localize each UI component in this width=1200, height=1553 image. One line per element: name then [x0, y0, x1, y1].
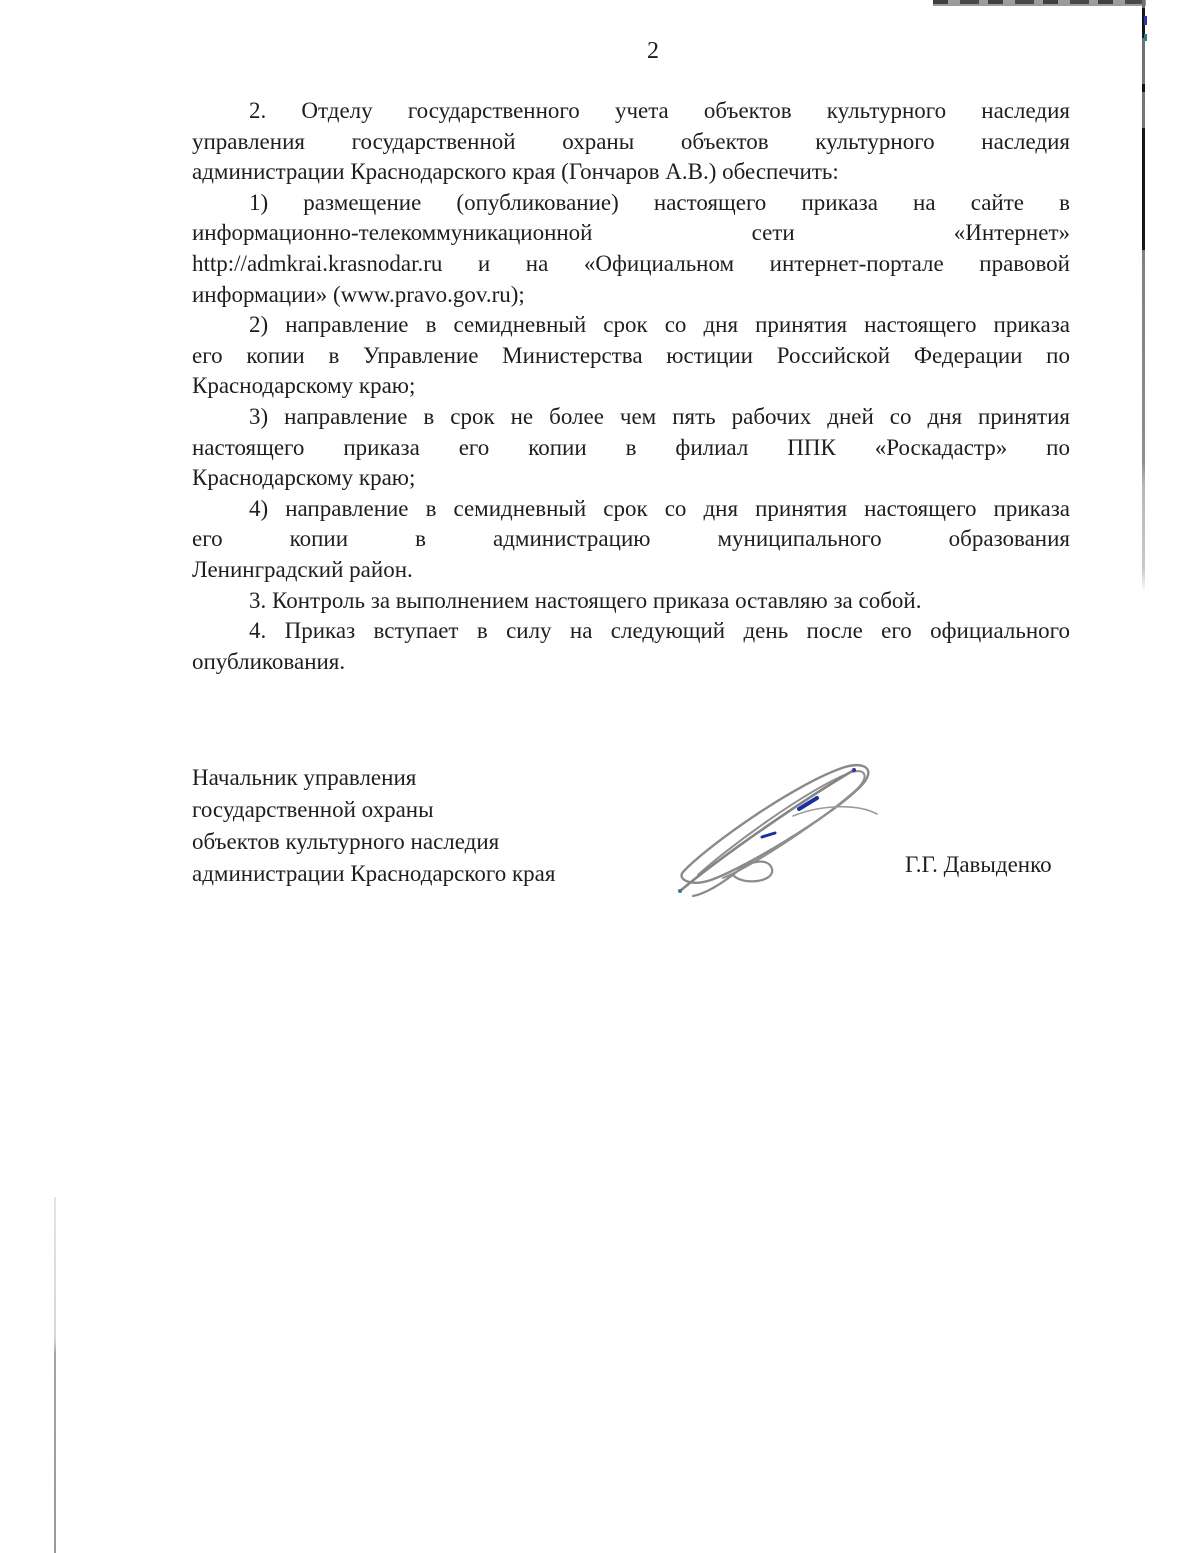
text-line: 3. Контроль за выполнением настоящего пр…	[192, 586, 1070, 617]
text-line: 3) направление в срок не более чем пять …	[192, 402, 1070, 433]
text-line: администрации Краснодарского края (Гонча…	[192, 157, 1070, 188]
paragraph: 4) направление в семидневный срок со дня…	[192, 494, 1070, 586]
text-line: его копии в Управление Министерства юсти…	[192, 341, 1070, 372]
page-number: 2	[214, 36, 1092, 66]
scan-artifact-top-edge	[933, 0, 1146, 6]
signatory-title-line: объектов культурного наследия	[192, 826, 622, 858]
text-line: 4. Приказ вступает в силу на следующий д…	[192, 616, 1070, 647]
text-line: http://admkrai.krasnodar.ru и на «Официа…	[192, 249, 1070, 280]
signature-stroke	[680, 770, 854, 891]
signatory-name: Г.Г. Давыденко	[905, 850, 1052, 880]
document-page: 2 2. Отделу государственного учета объек…	[0, 0, 1200, 1553]
scan-artifact-dark-segment	[1142, 128, 1145, 250]
signatory-title-block: Начальник управлениягосударственной охра…	[192, 762, 622, 890]
text-line: Краснодарскому краю;	[192, 371, 1070, 402]
signature-accent-dot	[678, 889, 682, 893]
paragraph: 2) направление в семидневный срок со дня…	[192, 310, 1070, 402]
signatory-title-line: государственной охраны	[192, 794, 622, 826]
signature-stroke	[698, 771, 865, 878]
text-line: Ленинградский район.	[192, 555, 1070, 586]
signature-accent-blue	[762, 833, 775, 837]
paragraph: 3. Контроль за выполнением настоящего пр…	[192, 586, 1070, 617]
text-line: информационно-телекоммуникационной сети …	[192, 218, 1070, 249]
text-line: 4) направление в семидневный срок со дня…	[192, 494, 1070, 525]
text-line: информации» (www.pravo.gov.ru);	[192, 280, 1070, 311]
document-body: 2. Отделу государственного учета объекто…	[192, 96, 1070, 677]
paragraph: 3) направление в срок не более чем пять …	[192, 402, 1070, 494]
paragraph: 4. Приказ вступает в силу на следующий д…	[192, 616, 1070, 677]
scan-artifact-teal-tick	[1144, 34, 1147, 41]
text-line: 1) размещение (опубликование) настоящего…	[192, 188, 1070, 219]
scan-artifact-left-line	[54, 1197, 56, 1553]
scan-artifact-blue-tick	[1144, 16, 1147, 25]
signature-stroke	[693, 862, 772, 896]
text-line: настоящего приказа его копии в филиал ПП…	[192, 433, 1070, 464]
text-line: опубликования.	[192, 647, 1070, 678]
signatory-title-line: администрации Краснодарского края	[192, 858, 622, 890]
scan-artifact-top-dashes	[933, 0, 1146, 4]
text-line: управления государственной охраны объект…	[192, 127, 1070, 158]
scan-artifact-dark-segment	[1142, 84, 1145, 92]
text-line: Краснодарскому краю;	[192, 463, 1070, 494]
text-line: 2) направление в семидневный срок со дня…	[192, 310, 1070, 341]
paragraph: 1) размещение (опубликование) настоящего…	[192, 188, 1070, 310]
paragraph: 2. Отделу государственного учета объекто…	[192, 96, 1070, 188]
text-line: его копии в администрацию муниципального…	[192, 524, 1070, 555]
text-line: 2. Отделу государственного учета объекто…	[192, 96, 1070, 127]
signatory-title-line: Начальник управления	[192, 762, 622, 794]
signature	[653, 750, 888, 900]
signature-accent-dot	[852, 768, 856, 772]
scan-artifact-right-line	[1142, 0, 1145, 592]
